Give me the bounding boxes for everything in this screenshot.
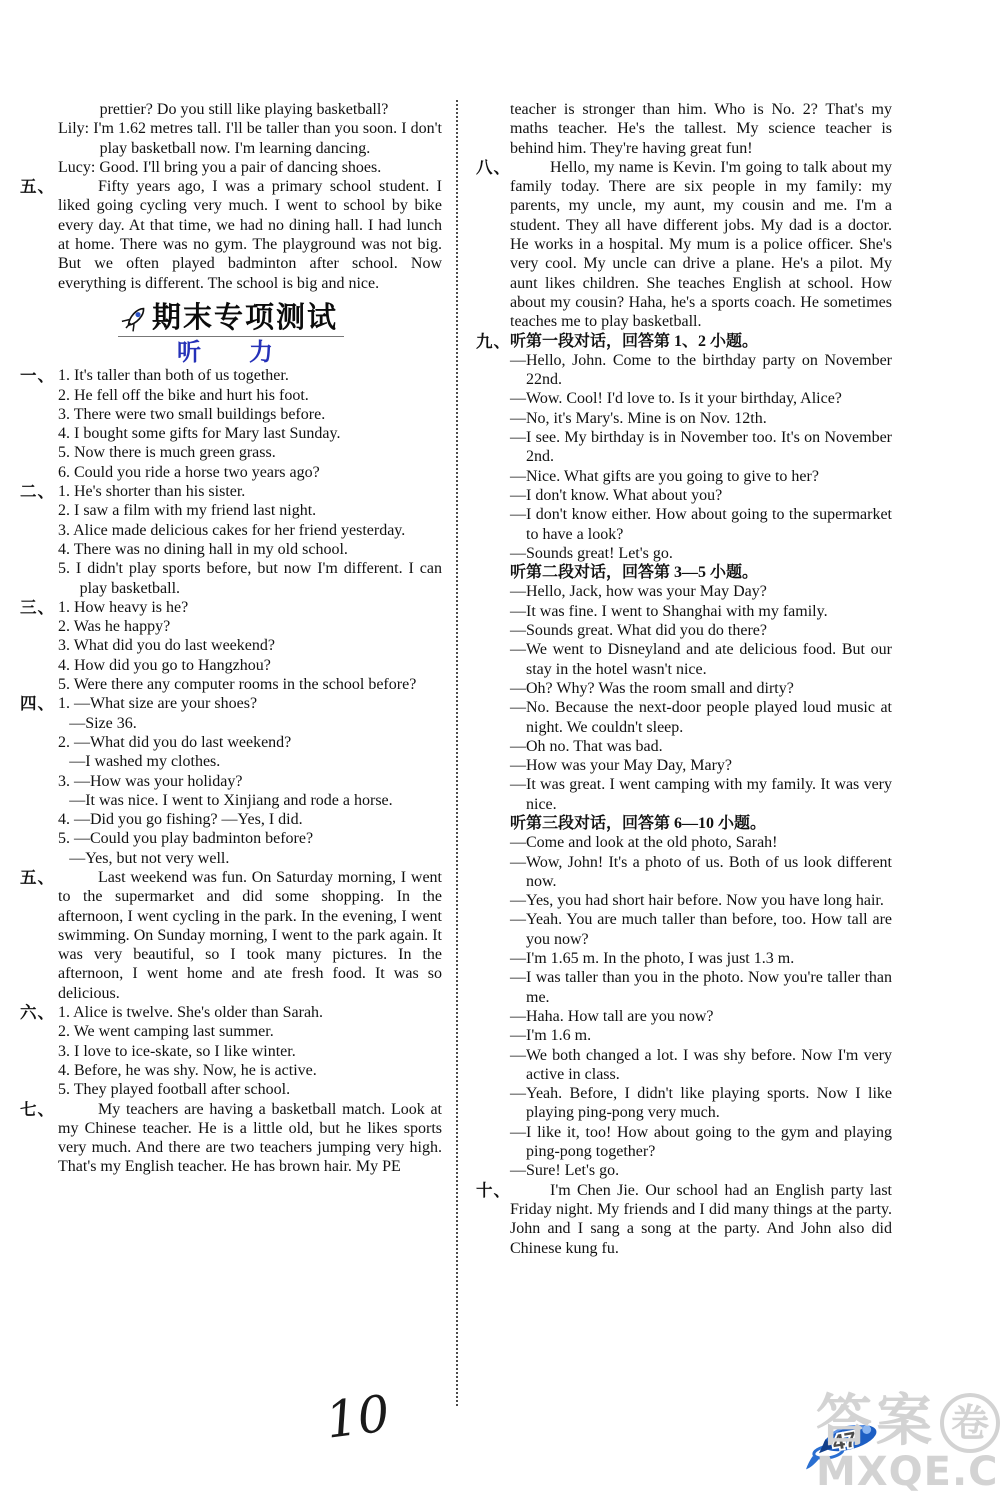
text-line: 3. There were two small buildings before… [58, 405, 442, 424]
text-line: 3. —How was your holiday? [58, 772, 442, 791]
text-line: 4. How did you go to Hangzhou? [58, 656, 442, 675]
text-line: 1. —What size are your shoes? [58, 694, 442, 713]
section-marker: 九、 [476, 332, 510, 351]
text-line: Lucy: Good. I'll bring you a pair of dan… [58, 158, 442, 177]
text-line: —I like it, too! How about going to the … [510, 1123, 892, 1162]
text-line: —Size 36. [69, 714, 442, 733]
text-line: 2. —What did you do last weekend? [58, 733, 442, 752]
section-block: 六、 1. Alice is twelve. She's older than … [20, 1003, 442, 1099]
text-line: —Nice. What gifts are you going to give … [510, 467, 892, 486]
text-line: —No, it's Mary's. Mine is on Nov. 12th. [510, 409, 892, 428]
text-line: —Wow. Cool! I'd love to. Is it your birt… [510, 389, 892, 408]
right-column: teacher is stronger than him. Who is No.… [476, 100, 892, 1258]
text-line: Lily: I'm 1.62 metres tall. I'll be tall… [58, 119, 442, 158]
text-line: —Haha. How tall are you now? [510, 1007, 892, 1026]
section-block: 九、 听第一段对话，回答第 1、2 小题。—Hello, John. Come … [476, 332, 892, 1181]
text-line: 5. I didn't play sports before, but now … [58, 559, 442, 598]
section-block: 四、 1. —What size are your shoes?—Size 36… [20, 694, 442, 868]
text-line: —I was taller than you in the photo. Now… [510, 968, 892, 1007]
section-content: 听第一段对话，回答第 1、2 小题。—Hello, John. Come to … [510, 332, 892, 1181]
section-block: 五、 Fifty years ago, I was a primary scho… [20, 177, 442, 293]
text-line: 2. Was he happy? [58, 617, 442, 636]
left-column: prettier? Do you still like playing bask… [20, 100, 442, 1177]
text-line: —Hello, John. Come to the birthday party… [510, 351, 892, 390]
text-line: —It was great. I went camping with my fa… [510, 775, 892, 814]
text-line: —We both changed a lot. I was shy before… [510, 1046, 892, 1085]
section-marker: 三、 [20, 598, 58, 617]
section-marker: 十、 [476, 1181, 510, 1200]
section-content: I'm Chen Jie. Our school had an English … [510, 1181, 892, 1258]
text-line: prettier? Do you still like playing bask… [100, 100, 442, 119]
section-marker: 一、 [20, 366, 58, 385]
text-line: 4. I bought some gifts for Mary last Sun… [58, 424, 442, 443]
section-content: 1. How heavy is he?2. Was he happy?3. Wh… [58, 598, 442, 694]
text-line: 2. He fell off the bike and hurt his foo… [58, 386, 442, 405]
text-line: —Sounds great. What did you do there? [510, 621, 892, 640]
section-marker: 五、 [20, 868, 58, 887]
paragraph: Hello, my name is Kevin. I'm going to ta… [510, 158, 892, 332]
section-block: prettier? Do you still like playing bask… [20, 100, 442, 177]
text-line: —Yeah. Before, I didn't like playing spo… [510, 1084, 892, 1123]
text-line: 1. How heavy is he? [58, 598, 442, 617]
text-line: 4. There was no dining hall in my old sc… [58, 540, 442, 559]
text-line: —Sounds great! Let's go. [510, 544, 892, 563]
handwritten-page-number: 10 [325, 1404, 391, 1431]
text-line: 听第一段对话，回答第 1、2 小题。 [510, 332, 892, 351]
text-line: —We went to Disneyland and ate delicious… [510, 640, 892, 679]
text-line: 3. What did you do last weekend? [58, 636, 442, 655]
paragraph: teacher is stronger than him. Who is No.… [510, 100, 892, 158]
text-line: —I'm 1.6 m. [510, 1026, 892, 1045]
text-line: —I washed my clothes. [69, 752, 442, 771]
text-line: 5. —Could you play badminton before? [58, 829, 442, 848]
text-line: 2. We went camping last summer. [58, 1022, 442, 1041]
section-block: 八、 Hello, my name is Kevin. I'm going to… [476, 158, 892, 332]
section-content: teacher is stronger than him. Who is No.… [510, 100, 892, 158]
section-marker: 二、 [20, 482, 58, 501]
text-line: —No. Because the next-door people played… [510, 698, 892, 737]
text-line: —I'm 1.65 m. In the photo, I was just 1.… [510, 949, 892, 968]
section-content: Hello, my name is Kevin. I'm going to ta… [510, 158, 892, 332]
section-content: 1. It's taller than both of us together.… [58, 366, 442, 482]
text-line: —I see. My birthday is in November too. … [510, 428, 892, 467]
watermark-circle-glyph: 卷 [940, 1393, 1000, 1453]
text-line: —It was fine. I went to Shanghai with my… [510, 602, 892, 621]
text-line: 5. Were there any computer rooms in the … [58, 675, 442, 694]
section-marker: 八、 [476, 158, 510, 177]
section-block: 二、 1. He's shorter than his sister.2. I … [20, 482, 442, 598]
text-line: 5. Now there is much green grass. [58, 443, 442, 462]
paragraph: Fifty years ago, I was a primary school … [58, 177, 442, 293]
scanned-answer-page: { "colors": { "subtitle_blue": "#2531b8"… [0, 0, 1000, 1493]
section-block: 三、 1. How heavy is he?2. Was he happy?3.… [20, 598, 442, 694]
text-line: 6. Could you ride a horse two years ago? [58, 463, 442, 482]
section-content: My teachers are having a basketball matc… [58, 1100, 442, 1177]
section-block: 七、 My teachers are having a basketball m… [20, 1100, 442, 1177]
watermark-brand: 答案卷 [816, 1392, 1000, 1453]
text-line: —Wow, John! It's a photo of us. Both of … [510, 853, 892, 892]
text-line: —How was your May Day, Mary? [510, 756, 892, 775]
section-marker: 七、 [20, 1100, 58, 1119]
text-line: —Yeah. You are much taller than before, … [510, 910, 892, 949]
paragraph: My teachers are having a basketball matc… [58, 1100, 442, 1177]
test-title-row: 期末专项测试 [20, 303, 442, 337]
text-line: —Yes, but not very well. [69, 849, 442, 868]
section-block: 一、 1. It's taller than both of us togeth… [20, 366, 442, 482]
test-title-underline: 期末专项测试 [118, 303, 344, 337]
text-line: —I don't know. What about you? [510, 486, 892, 505]
text-line: —Sure! Let's go. [510, 1161, 892, 1180]
text-line: 听第二段对话，回答第 3—5 小题。 [510, 563, 892, 582]
rocket-icon [120, 303, 150, 333]
section-block: teacher is stronger than him. Who is No.… [476, 100, 892, 158]
section-marker: 六、 [20, 1003, 58, 1022]
text-line: 3. Alice made delicious cakes for her fr… [58, 521, 442, 540]
text-line: —Hello, Jack, how was your May Day? [510, 582, 892, 601]
section-content: prettier? Do you still like playing bask… [58, 100, 442, 177]
section-content: 1. Alice is twelve. She's older than Sar… [58, 1003, 442, 1099]
section-content: 1. —What size are your shoes?—Size 36.2.… [58, 694, 442, 868]
text-line: —Yes, you had short hair before. Now you… [510, 891, 892, 910]
text-line: 2. I saw a film with my friend last nigh… [58, 501, 442, 520]
text-line: 听第三段对话，回答第 6—10 小题。 [510, 814, 892, 833]
text-line: —Oh? Why? Was the room small and dirty? [510, 679, 892, 698]
section-marker: 五、 [20, 177, 58, 196]
test-title: 期末专项测试 [152, 300, 338, 334]
text-line: 1. He's shorter than his sister. [58, 482, 442, 501]
paragraph: Last weekend was fun. On Saturday mornin… [58, 868, 442, 1003]
section-content: Fifty years ago, I was a primary school … [58, 177, 442, 293]
text-line: —I don't know either. How about going to… [510, 505, 892, 544]
text-line: 4. Before, he was shy. Now, he is active… [58, 1061, 442, 1080]
watermark-site: MXQE.COM [816, 1451, 1000, 1493]
text-line: 5. They played football after school. [58, 1080, 442, 1099]
text-line: —Oh no. That was bad. [510, 737, 892, 756]
paragraph: I'm Chen Jie. Our school had an English … [510, 1181, 892, 1258]
watermark-brand-text: 答案 [816, 1389, 936, 1454]
section-block: 十、 I'm Chen Jie. Our school had an Engli… [476, 1181, 892, 1258]
section-block: 五、 Last weekend was fun. On Saturday mor… [20, 868, 442, 1003]
section-content: 1. He's shorter than his sister.2. I saw… [58, 482, 442, 598]
text-line: 4. —Did you go fishing? —Yes, I did. [58, 810, 442, 829]
text-line: —It was nice. I went to Xinjiang and rod… [69, 791, 442, 810]
text-line: 1. Alice is twelve. She's older than Sar… [58, 1003, 442, 1022]
watermark: 答案卷 MXQE.COM [816, 1392, 1000, 1493]
text-line: 1. It's taller than both of us together. [58, 366, 442, 385]
section-content: Last weekend was fun. On Saturday mornin… [58, 868, 442, 1003]
text-line: —Come and look at the old photo, Sarah! [510, 833, 892, 852]
text-line: 3. I love to ice-skate, so I like winter… [58, 1042, 442, 1061]
column-divider [456, 100, 458, 1406]
section-marker: 四、 [20, 694, 58, 713]
section-heading-listening: 听 力 [20, 343, 442, 362]
